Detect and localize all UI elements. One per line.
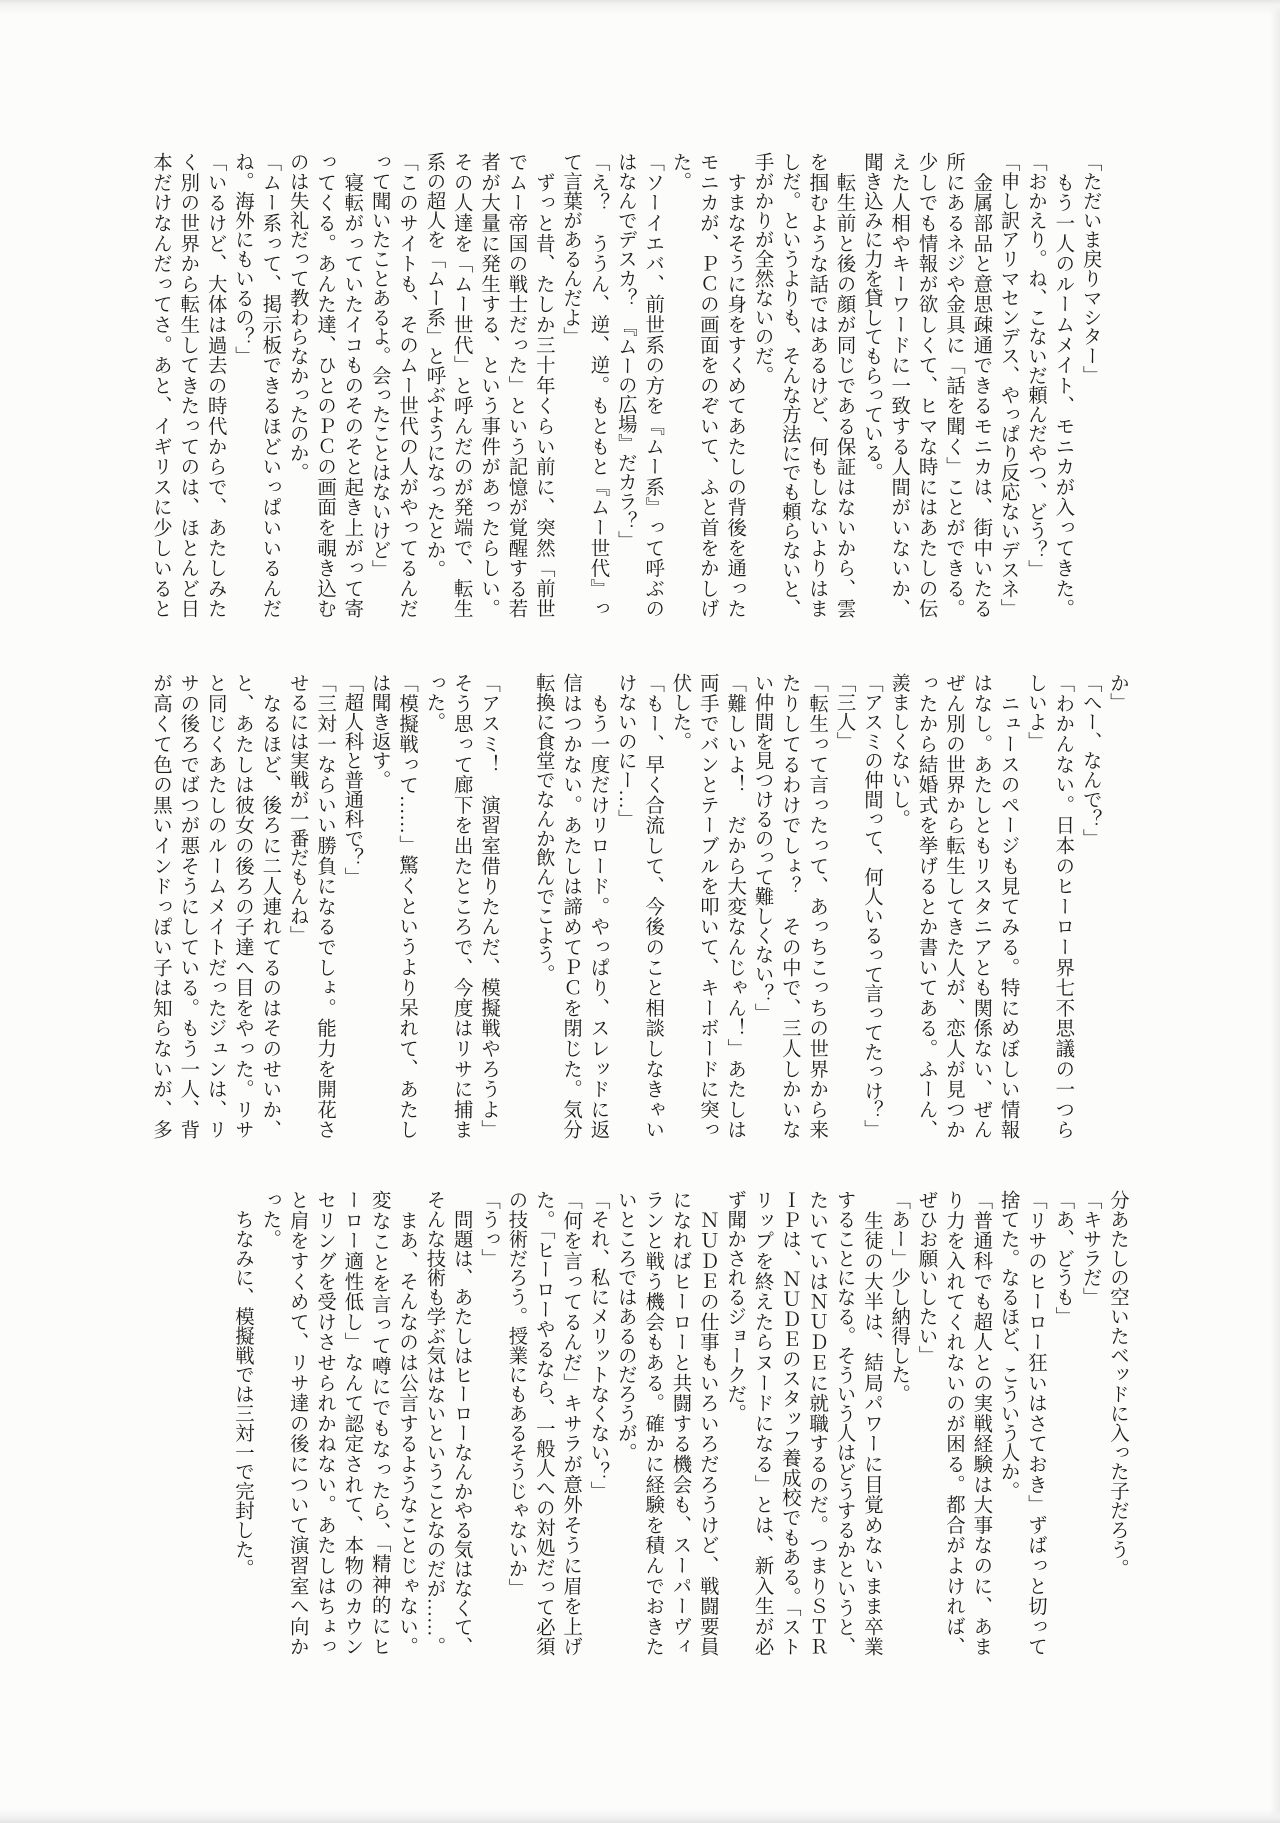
- text-line: 少しでも情報が欲しくて、ヒマな時にはあたしの伝: [912, 152, 939, 618]
- text-line: く別の世界から転生してきたってのは、ほとんど日: [174, 152, 201, 618]
- scanned-book-page: 「ただいま戻りマシター」 もう一人のルームメイト、モニカが入ってきた。 「おかえ…: [0, 0, 1280, 1823]
- text-line: すまなそうに身をすくめてあたしの背後を通った: [721, 152, 748, 618]
- text-line: ぜひお願いしたい」: [912, 1190, 939, 1656]
- text-line: 「へー、なんで？」: [1076, 673, 1103, 1139]
- text-line: ーロー適性低し」なんて認定されて、本物のカウン: [338, 1190, 365, 1656]
- text-line: 「あ、どうも」: [1049, 1190, 1076, 1656]
- text-line: の技術だろう。授業にもあるそうじゃないか」: [502, 1190, 529, 1656]
- text-line: もう一度だけリロード。やっぱり、スレッドに返: [584, 673, 611, 1139]
- text-line: って聞いたことあるよ。会ったことはないけど」: [365, 152, 392, 618]
- text-line: 「いるけど、大体は過去の時代からで、あたしみた: [201, 152, 228, 618]
- text-line: 「普通科でも超人との実戦経験は大事なのに、あま: [967, 1190, 994, 1656]
- text-line: たりしてるわけでしょ？ その中で、三人しかいな: [776, 673, 803, 1139]
- text-line: ちなみに、模擬戦では三対一で完封した。: [229, 1190, 256, 1656]
- text-line: えた人相やキーワードに一致する人間がいないか、: [885, 152, 912, 618]
- text-line: することになる。そういう人はどうするかというと、: [830, 1190, 857, 1656]
- text-line: と、あたしは彼女の後ろの子達へ目をやった。リサ: [229, 673, 256, 1139]
- text-line: った。: [256, 1190, 283, 1656]
- text-line: はなし。あたしともリスタニアとも関係ない、ぜん: [967, 673, 994, 1139]
- text-line: そう思って廊下を出たところで、今度はリサに捕ま: [447, 673, 474, 1139]
- text-line: 伏した。: [666, 673, 693, 1139]
- text-line: 「このサイトも、そのムー世代の人がやってるんだ: [393, 152, 420, 618]
- text-line: 聞き込みに力を貸してもらっている。: [858, 152, 885, 618]
- text-line: 者が大量に発生する、という事件があったらしい。: [475, 152, 502, 618]
- text-line: 系の超人を「ムー系」と呼ぶようになったとか。: [420, 152, 447, 618]
- text-line: 「難しいよ！ だから大変なんじゃん！」あたしは: [721, 673, 748, 1139]
- text-line: 捨てた。なるほど、こういう人か。: [994, 1190, 1021, 1656]
- text-line: 転換に食堂でなんか飲んでこよう。: [529, 673, 556, 1139]
- text-line: た。: [666, 152, 693, 618]
- text-line: リップを終えたらヌードになる」とは、新入生が必: [748, 1190, 775, 1656]
- text-line: セリングを受けさせられかねない。あたしはちょっ: [311, 1190, 338, 1656]
- text-line: 変なことを言って噂にでもなったら、「精神的にヒ: [365, 1190, 392, 1656]
- text-line: その人達を「ムー世代」と呼んだのが発端で、転生: [447, 152, 474, 618]
- text-line: ぜん別の世界から転生してきた人が、恋人が見つか: [940, 673, 967, 1139]
- text-line: と肩をすくめて、リサ達の後について演習室へ向か: [283, 1190, 310, 1656]
- text-line: のは失礼だって教わらなかったのか。: [283, 152, 310, 618]
- text-line: 「三対一ならいい勝負になるでしょ。能力を開花さ: [311, 673, 338, 1139]
- text-line: 手がかりが全然ないのだ。: [748, 152, 775, 618]
- text-line: 本だけなんだってさ。あと、イギリスに少しいると: [147, 152, 174, 618]
- text-line: 所にあるネジや金具に「話を聞く」ことができる。: [940, 152, 967, 618]
- text-line: は聞き返す。: [365, 673, 392, 1139]
- text-line: 「申し訳アリマセンデス、やっぱり反応ないデスネ」: [994, 152, 1021, 618]
- text-line: モニカが、ＰＣの画面をのぞいて、ふと首をかしげ: [694, 152, 721, 618]
- text-line: 「三人」: [830, 673, 857, 1139]
- text-line: でムー帝国の戦士だった」という記憶が覚醒する若: [502, 152, 529, 618]
- text-line: 「キサラだ」: [1076, 1190, 1103, 1656]
- text-line: そんな技術も学ぶ気はないということなのだが……。: [420, 1190, 447, 1656]
- text-tier-top: 「ただいま戻りマシター」 もう一人のルームメイト、モニカが入ってきた。 「おかえ…: [146, 152, 1131, 618]
- text-line: 「ムー系って、掲示板できるほどいっぱいいるんだ: [256, 152, 283, 618]
- text-line: ず聞かされるジョークだ。: [721, 1190, 748, 1656]
- scene-break: [502, 673, 529, 1139]
- text-line: った。: [420, 673, 447, 1139]
- text-line: もう一人のルームメイト、モニカが入ってきた。: [1049, 152, 1076, 618]
- text-line: 「超人科と普通科で？」: [338, 673, 365, 1139]
- text-line: か」: [1104, 673, 1131, 1139]
- text-line: ランと戦う機会もある。確かに経験を積んでおきた: [639, 1190, 666, 1656]
- text-line: 「それ、私にメリットなくない？」: [584, 1190, 611, 1656]
- text-line: 「もー、早く合流して、今後のこと相談しなきゃい: [639, 673, 666, 1139]
- text-line: ずっと昔、たしか三十年くらい前に、突然「前世: [529, 152, 556, 618]
- text-line: いところではあるのだろうが。: [611, 1190, 638, 1656]
- text-line: になればヒーローと共闘する機会も、スーパーヴィ: [666, 1190, 693, 1656]
- text-line: ね。海外にもいるの？」: [229, 152, 256, 618]
- text-line: が高くて色の黒いインドっぽい子は知らないが、多: [147, 673, 174, 1139]
- text-line: 生徒の大半は、結局パワーに目覚めないまま卒業: [858, 1190, 885, 1656]
- text-line: 両手でバンとテーブルを叩いて、キーボードに突っ: [694, 673, 721, 1139]
- text-tier-bottom: 分あたしの空いたベッドに入った子だろう。 「キサラだ」 「あ、どうも」 「リサの…: [146, 1190, 1131, 1656]
- text-line: 「アスミ！ 演習室借りたんだ、模擬戦やろうよ」: [475, 673, 502, 1139]
- text-line: 信はつかない。あたしは諦めてＰＣを閉じた。気分: [557, 673, 584, 1139]
- text-line: けないのにー…」: [611, 673, 638, 1139]
- text-line: ＩＰは、ＮＵＤＥのスタッフ養成校でもある。「スト: [776, 1190, 803, 1656]
- text-line: 寝転がっていたイコものそのそと起き上がって寄: [338, 152, 365, 618]
- text-line: なるほど、後ろに二人連れてるのはそのせいか、: [256, 673, 283, 1139]
- text-line: しいよ」: [1022, 673, 1049, 1139]
- text-line: を掴むような話ではあるけど、何もしないよりはま: [803, 152, 830, 618]
- text-line: 「ソーイエバ、前世系の方を『ムー系』って呼ぶの: [639, 152, 666, 618]
- text-line: まあ、そんなのは公言するようなことじゃない。: [393, 1190, 420, 1656]
- text-line: て言葉があるんだよ」: [557, 152, 584, 618]
- text-line: ニュースのページも見てみる。特にめぼしい情報: [994, 673, 1021, 1139]
- text-line: 「リサのヒーロー狂いはさておき」ずばっと切って: [1022, 1190, 1049, 1656]
- text-line: はなんでデスカ？ 『ムーの広場』だカラ？」: [611, 152, 638, 618]
- text-line: 金属部品と意思疎通できるモニカは、街中いたる: [967, 152, 994, 618]
- text-line: しだ。というよりも、そんな方法にでも頼らないと、: [776, 152, 803, 618]
- text-line: 「転生って言ったって、あっちこっちの世界から来: [803, 673, 830, 1139]
- text-line: 「おかえり。ね、こないだ頼んだやつ、どう？」: [1022, 152, 1049, 618]
- text-line: 問題は、あたしはヒーローなんかやる気はなくて、: [447, 1190, 474, 1656]
- text-line: 「あー」少し納得した。: [885, 1190, 912, 1656]
- text-line: 「何を言ってるんだ」キサラが意外そうに眉を上げ: [557, 1190, 584, 1656]
- text-line: 「わかんない。日本のヒーロー界七不思議の一つら: [1049, 673, 1076, 1139]
- text-line: 「え？ ううん、逆、逆。もともと『ムー世代』っ: [584, 152, 611, 618]
- text-line: ったから結婚式を挙げるとか書いてある。ふーん、: [912, 673, 939, 1139]
- text-line: い仲間を見つけるのって難しくない？」: [748, 673, 775, 1139]
- text-line: 「アスミの仲間って、何人いるって言ってたっけ？」: [858, 673, 885, 1139]
- text-line: 転生前と後の顔が同じである保証はないから、雲: [830, 152, 857, 618]
- text-line: 「うっ」: [475, 1190, 502, 1656]
- text-line: 「模擬戦って……」驚くというより呆れて、あたし: [393, 673, 420, 1139]
- text-line: ＮＵＤＥの仕事もいろいろだろうけど、戦闘要員: [694, 1190, 721, 1656]
- text-tier-middle: か」 「へー、なんで？」 「わかんない。日本のヒーロー界七不思議の一つら しいよ…: [146, 673, 1131, 1139]
- blank-line: [1104, 152, 1131, 618]
- text-line: た。「ヒーローやるなら、一般人への対処だって必須: [529, 1190, 556, 1656]
- text-line: たいていはＮＵＤＥに就職するのだ。つまりＳＴＲ: [803, 1190, 830, 1656]
- text-line: せるには実戦が一番だもんね」: [283, 673, 310, 1139]
- text-line: 分あたしの空いたベッドに入った子だろう。: [1104, 1190, 1131, 1656]
- text-line: サの後ろでばつが悪そうにしている。もう一人、背: [174, 673, 201, 1139]
- text-line: 羨ましくないし。: [885, 673, 912, 1139]
- text-line: り力を入れてくれないのが困る。都合がよければ、: [940, 1190, 967, 1656]
- text-line: ってくる。あんた達、ひとのＰＣの画面を覗き込む: [311, 152, 338, 618]
- text-line: 「ただいま戻りマシター」: [1076, 152, 1103, 618]
- text-line: と同じくあたしのルームメイトだったジュンは、リ: [201, 673, 228, 1139]
